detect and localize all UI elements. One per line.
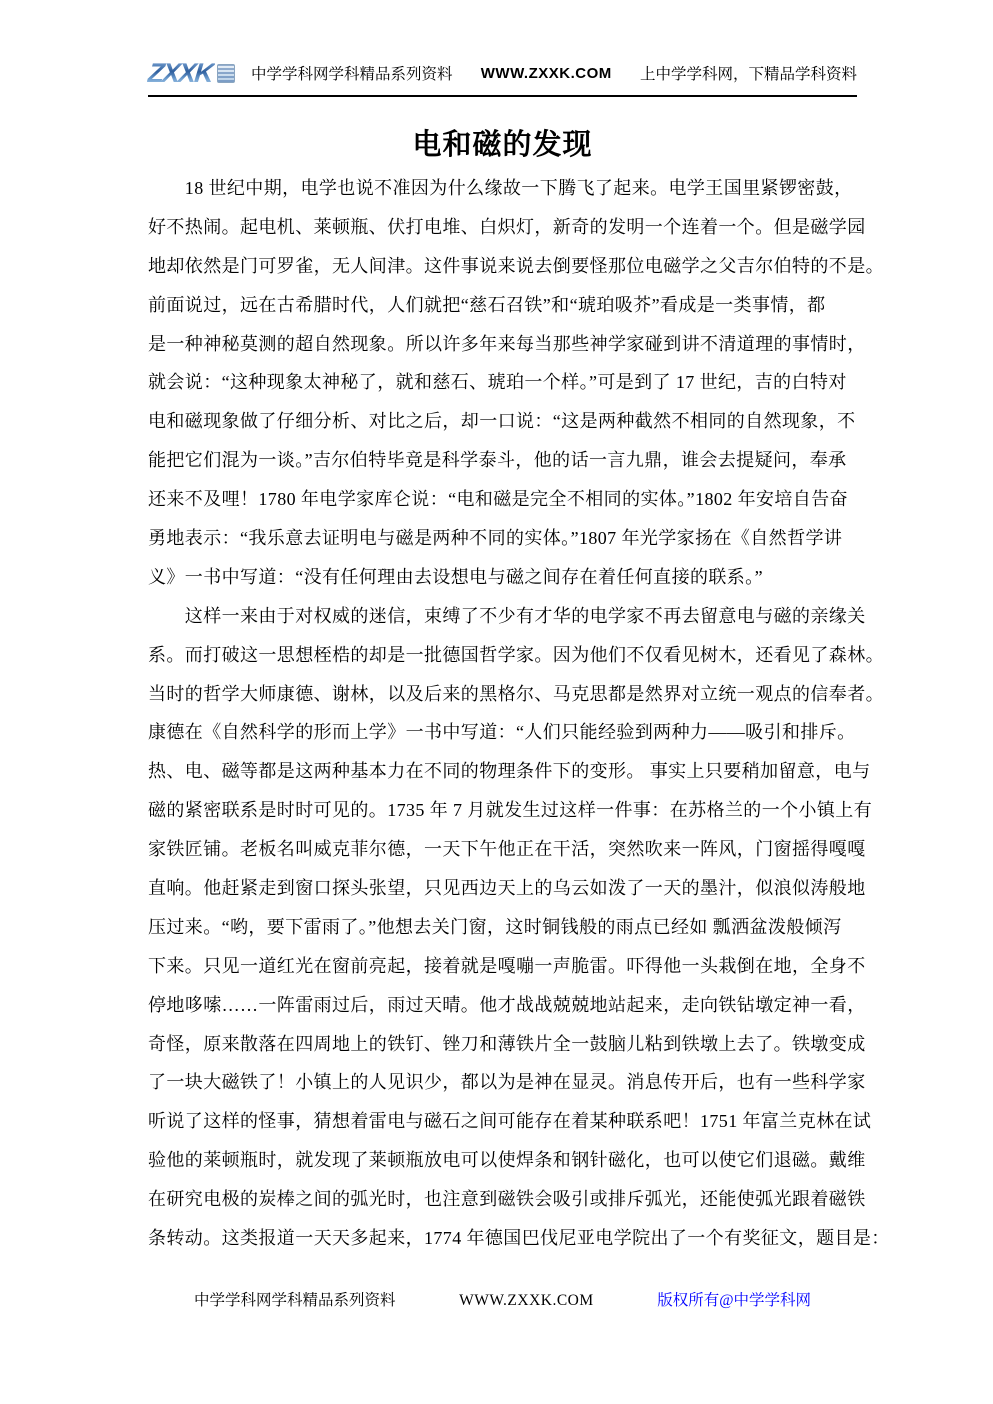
text-line: 压过来。“哟，要下雷雨了。”他想去关门窗，这时铜钱般的雨点已经如 瓢洒盆泼般倾泻 (148, 908, 860, 947)
paragraph: 18 世纪中期，电学也说不准因为什么缘故一下腾飞了起来。电学王国里紧锣密鼓，好不… (148, 169, 860, 597)
text-line: 验他的莱顿瓶时，就发现了莱顿瓶放电可以使焊条和钢针磁化，也可以使它们退磁。戴维 (148, 1141, 860, 1180)
page-header: ZXXK 中学学科网学科精品系列资料 WWW.ZXXK.COM 上中学学科网，下… (148, 58, 857, 97)
page-footer: 中学学科网学科精品系列资料 WWW.ZXXK.COM 版权所有@中学学科网 (148, 1288, 857, 1310)
text-line: 热、电、磁等都是这两种基本力在不同的物理条件下的变形。 事实上只要稍加留意，电与 (148, 752, 860, 791)
text-line: 下来。只见一道红光在窗前亮起，接着就是嘎嘣一声脆雷。吓得他一头栽倒在地，全身不 (148, 947, 860, 986)
text-line: 勇地表示：“我乐意去证明电与磁是两种不同的实体。”1807 年光学家扬在《自然哲… (148, 519, 860, 558)
text-line: 停地哆嗦……一阵雷雨过后，雨过天晴。他才战战兢兢地站起来，走向铁钻墩定神一看， (148, 986, 860, 1025)
text-line: 在研究电极的炭棒之间的弧光时，也注意到磁铁会吸引或排斥弧光，还能使弧光跟着磁铁 (148, 1180, 860, 1219)
text-line: 义》一书中写道：“没有任何理由去设想电与磁之间存在着任何直接的联系。” (148, 558, 860, 597)
zxxk-logo-text: ZXXK (146, 58, 215, 88)
text-line: 康德在《自然科学的形而上学》一书中写道：“人们只能经验到两种力——吸引和排斥。 (148, 713, 860, 752)
page-title: 电和磁的发现 (148, 126, 857, 164)
text-line: 直响。他赶紧走到窗口探头张望，只见西边天上的乌云如泼了一天的墨汁，似浪似涛般地 (148, 869, 860, 908)
text-line: 这样一来由于对权威的迷信，束缚了不少有才华的电学家不再去留意电与磁的亲缘关 (148, 597, 860, 636)
header-site-url: WWW.ZXXK.COM (481, 65, 612, 82)
header-series-label: 中学学科网学科精品系列资料 (251, 62, 453, 84)
text-line: 还来不及哩！1780 年电学家库仑说：“电和磁是完全不相同的实体。”1802 年… (148, 480, 860, 519)
header-slogan: 上中学学科网，下精品学科资料 (640, 62, 857, 84)
text-line: 磁的紧密联系是时时可见的。1735 年 7 月就发生过这样一件事：在苏格兰的一个… (148, 791, 860, 830)
text-line: 条转动。这类报道一天天多起来，1774 年德国巴伐尼亚电学院出了一个有奖征文，题… (148, 1219, 860, 1258)
zxxk-logo-seal-icon (217, 64, 235, 83)
paragraph: 这样一来由于对权威的迷信，束缚了不少有才华的电学家不再去留意电与磁的亲缘关系。而… (148, 597, 860, 1258)
text-line: 奇怪，原来散落在四周地上的铁钉、锉刀和薄铁片全一鼓脑儿粘到铁墩上去了。铁墩变成 (148, 1025, 860, 1064)
text-line: 好不热闹。起电机、莱顿瓶、伏打电堆、白炽灯，新奇的发明一个连着一个。但是磁学园 (148, 208, 860, 247)
document-page: ZXXK 中学学科网学科精品系列资料 WWW.ZXXK.COM 上中学学科网，下… (0, 0, 993, 1404)
text-line: 前面说过，远在古希腊时代，人们就把“慈石召铁”和“琥珀吸芥”看成是一类事情，都 (148, 286, 860, 325)
text-line: 了一块大磁铁了！小镇上的人见识少，都以为是神在显灵。消息传开后，也有一些科学家 (148, 1063, 860, 1102)
text-line: 电和磁现象做了仔细分析、对比之后，却一口说：“这是两种截然不相同的自然现象，不 (148, 402, 860, 441)
footer-copyright: 版权所有@中学学科网 (657, 1288, 811, 1310)
document-body: 18 世纪中期，电学也说不准因为什么缘故一下腾飞了起来。电学王国里紧锣密鼓，好不… (148, 169, 860, 1258)
text-line: 家铁匠铺。老板名叫威克菲尔德，一天下午他正在干活，突然吹来一阵风，门窗摇得嘎嘎 (148, 830, 860, 869)
zxxk-logo: ZXXK (148, 58, 235, 88)
text-line: 地却依然是门可罗雀，无人间津。这件事说来说去倒要怪那位电磁学之父吉尔伯特的不是。 (148, 247, 860, 286)
text-line: 当时的哲学大师康德、谢林，以及后来的黑格尔、马克思都是然界对立统一观点的信奉者。 (148, 675, 860, 714)
text-line: 听说了这样的怪事，猜想着雷电与磁石之间可能存在着某种联系吧！1751 年富兰克林… (148, 1102, 860, 1141)
text-line: 能把它们混为一谈。”吉尔伯特毕竟是科学泰斗，他的话一言九鼎，谁会去提疑问，奉承 (148, 441, 860, 480)
text-line: 系。而打破这一思想桎梏的却是一批德国哲学家。因为他们不仅看见树木，还看见了森林。 (148, 636, 860, 675)
text-line: 18 世纪中期，电学也说不准因为什么缘故一下腾飞了起来。电学王国里紧锣密鼓， (148, 169, 860, 208)
footer-series-label: 中学学科网学科精品系列资料 (194, 1288, 396, 1310)
text-line: 是一种神秘莫测的超自然现象。所以许多年来每当那些神学家碰到讲不清道理的事情时， (148, 325, 860, 364)
footer-site-url: WWW.ZXXK.COM (459, 1292, 594, 1310)
text-line: 就会说：“这种现象太神秘了，就和慈石、琥珀一个样。”可是到了 17 世纪，吉的白… (148, 363, 860, 402)
